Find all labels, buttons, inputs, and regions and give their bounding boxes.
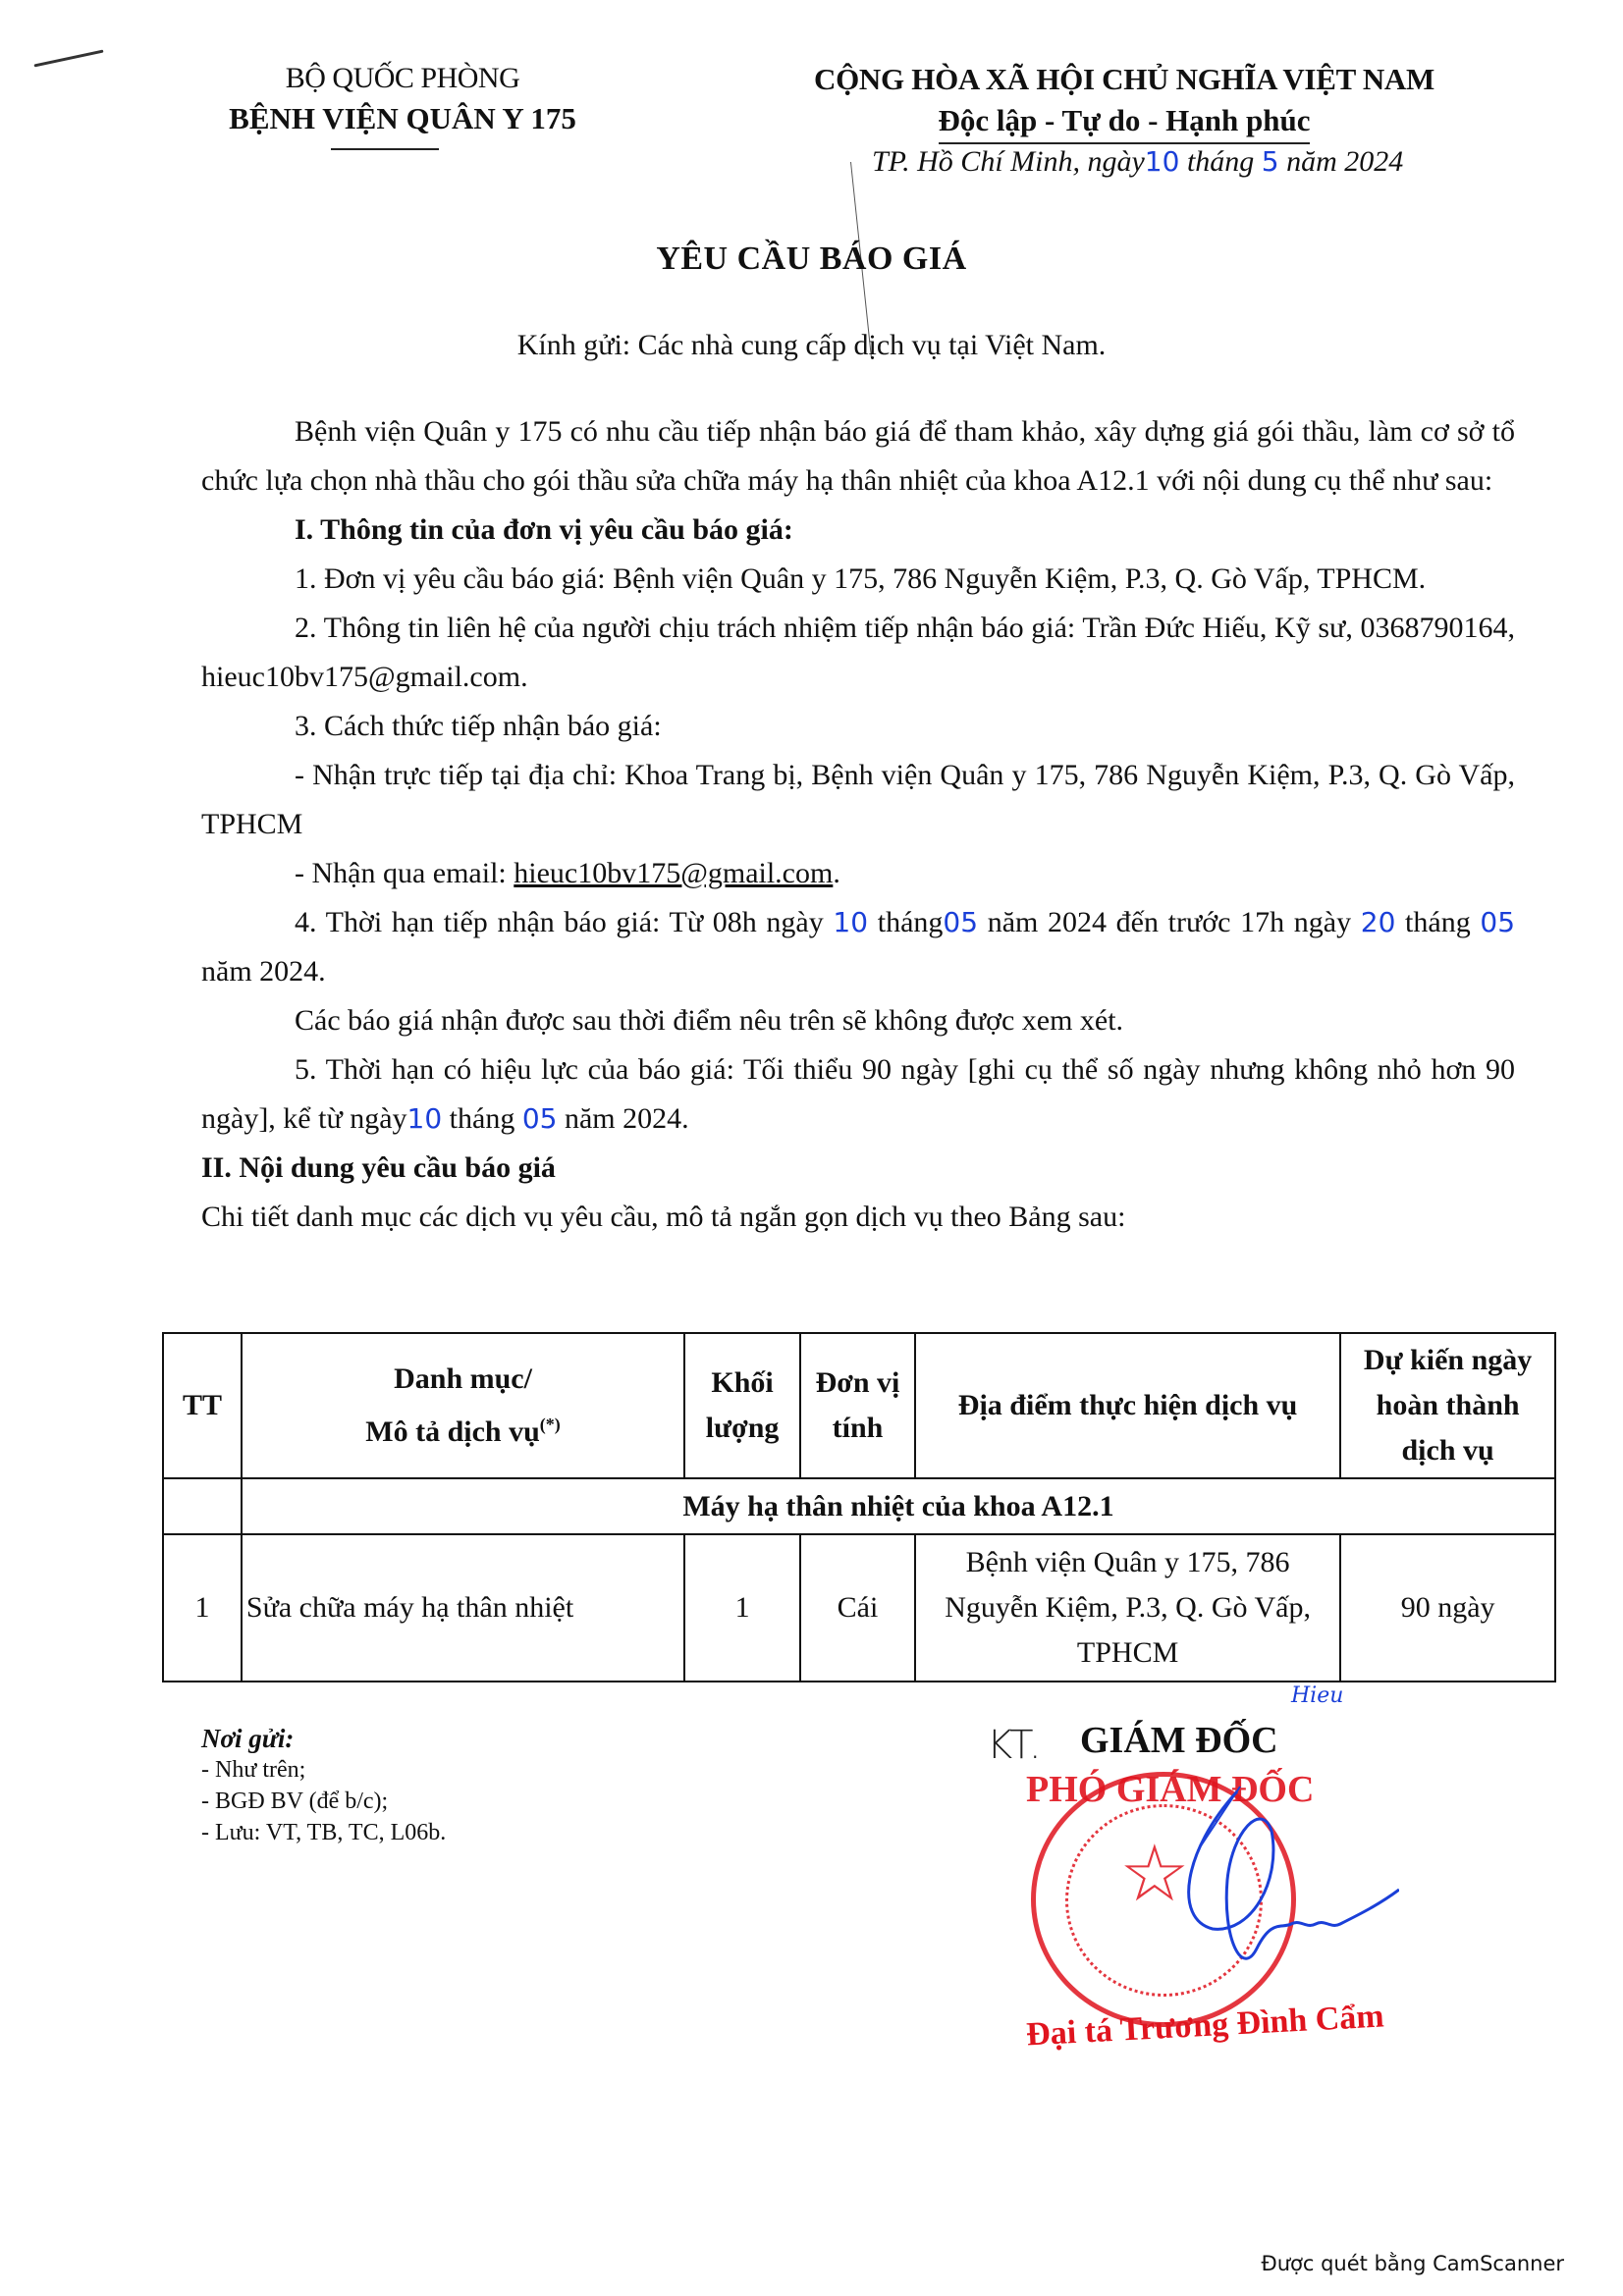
section2-heading: II. Nội dung yêu cầu báo giá [201, 1144, 1515, 1193]
national-header: CỘNG HÒA XÃ HỘI CHỦ NGHĨA VIỆT NAM Độc l… [785, 59, 1463, 144]
col-header-tt: TT [163, 1333, 242, 1478]
document-date: TP. Hồ Chí Minh, ngày10 tháng 5 năm 2024 [872, 145, 1403, 179]
email-suffix: . [833, 857, 840, 889]
date-day-handwritten: 10 [1145, 145, 1180, 178]
col-header-item: Danh mục/Mô tả dịch vụ(*) [242, 1333, 684, 1478]
intro-paragraph: Bệnh viện Quân y 175 có nhu cầu tiếp nhậ… [201, 407, 1515, 506]
item4-month-to-handwritten: 05 [1480, 906, 1515, 938]
email-prefix: - Nhận qua email: [295, 857, 514, 889]
item4-month-from-handwritten: 05 [943, 906, 978, 938]
date-prefix: TP. Hồ Chí Minh, ngày [872, 145, 1145, 178]
nation-name: CỘNG HÒA XÃ HỘI CHỦ NGHĨA VIỆT NAM [785, 59, 1463, 100]
email-link[interactable]: hieuc10bv175@gmail.com [514, 857, 833, 889]
date-year: năm 2024 [1279, 145, 1404, 178]
hospital-underline [331, 148, 439, 150]
item-header-line1: Danh mục/ [394, 1362, 532, 1395]
section1-item4: 4. Thời hạn tiếp nhận báo giá: Từ 08h ng… [201, 898, 1515, 996]
col-header-unit: Đơn vịtính [800, 1333, 915, 1478]
document-body: Bệnh viện Quân y 175 có nhu cầu tiếp nhậ… [201, 407, 1515, 1242]
recipient-item: - Lưu: VT, TB, TC, L06b. [201, 1817, 446, 1848]
item5-text: tháng [442, 1102, 522, 1135]
cell-completion: 90 ngày [1340, 1534, 1555, 1682]
item5-day-handwritten: 10 [407, 1102, 443, 1135]
recipients-block: Nơi gửi: - Như trên; - BGĐ BV (để b/c); … [201, 1723, 446, 1848]
section1-item3-email: - Nhận qua email: hieuc10bv175@gmail.com… [201, 849, 1515, 898]
section1-item2: 2. Thông tin liên hệ của người chịu trác… [201, 604, 1515, 702]
section1-heading: I. Thông tin của đơn vị yêu cầu báo giá: [201, 506, 1515, 555]
pen-mark [33, 50, 103, 68]
recipients-heading: Nơi gửi: [201, 1723, 446, 1754]
hospital-name: BỆNH VIỆN QUÂN Y 175 [147, 98, 658, 139]
qty-header-line2: lượng [706, 1412, 780, 1444]
item4-day-from-handwritten: 10 [833, 906, 868, 938]
group-row-tt [163, 1478, 242, 1534]
table-group-row: Máy hạ thân nhiệt của khoa A12.1 [163, 1478, 1555, 1534]
qty-header-line1: Khối [711, 1366, 773, 1399]
late-quote-note: Các báo giá nhận được sau thời điểm nêu … [201, 996, 1515, 1045]
group-label: Máy hạ thân nhiệt của khoa A12.1 [242, 1478, 1555, 1534]
section1-item3-direct: - Nhận trực tiếp tại địa chỉ: Khoa Trang… [201, 751, 1515, 849]
item5-text: 5. Thời hạn có hiệu lực của báo giá: Tối… [201, 1053, 1515, 1135]
table-row: 1 Sửa chữa máy hạ thân nhiệt 1 Cái Bệnh … [163, 1534, 1555, 1682]
cell-item: Sửa chữa máy hạ thân nhiệt [242, 1534, 684, 1682]
col-header-qty: Khốilượng [684, 1333, 800, 1478]
item5-month-handwritten: 05 [522, 1102, 558, 1135]
item-header-footnote: (*) [540, 1415, 561, 1434]
service-table: TT Danh mục/Mô tả dịch vụ(*) Khốilượng Đ… [162, 1332, 1556, 1682]
handwritten-signature-icon [987, 1683, 1399, 2007]
cell-qty: 1 [684, 1534, 800, 1682]
item4-text: tháng [1395, 906, 1480, 938]
issuer-header: BỘ QUỐC PHÒNG BỆNH VIỆN QUÂN Y 175 [147, 59, 658, 139]
unit-header-line1: Đơn vị [816, 1366, 900, 1399]
date-month-handwritten: 5 [1262, 145, 1279, 178]
completion-header-line3: dịch vụ [1402, 1434, 1494, 1467]
scanner-watermark: Được quét bằng CamScanner [1261, 2252, 1564, 2275]
completion-header-line2: hoàn thành [1377, 1389, 1520, 1421]
cell-unit: Cái [800, 1534, 915, 1682]
recipient-item: - Như trên; [201, 1754, 446, 1786]
item5-text: năm 2024. [557, 1102, 688, 1135]
recipient-item: - BGĐ BV (để b/c); [201, 1786, 446, 1817]
greeting: Kính gửi: Các nhà cung cấp dịch vụ tại V… [0, 329, 1623, 362]
ministry-name: BỘ QUỐC PHÒNG [147, 59, 658, 98]
item4-text: tháng [868, 906, 943, 938]
table-header-row: TT Danh mục/Mô tả dịch vụ(*) Khốilượng Đ… [163, 1333, 1555, 1478]
completion-header-line1: Dự kiến ngày [1364, 1344, 1532, 1376]
section1-item5: 5. Thời hạn có hiệu lực của báo giá: Tối… [201, 1045, 1515, 1144]
section2-description: Chi tiết danh mục các dịch vụ yêu cầu, m… [201, 1193, 1515, 1242]
document-title: YÊU CẦU BÁO GIÁ [0, 240, 1623, 278]
cell-tt: 1 [163, 1534, 242, 1682]
section1-item1: 1. Đơn vị yêu cầu báo giá: Bệnh viện Quâ… [201, 555, 1515, 604]
signature-block: ☆ Hieu KT. GIÁM ĐỐC PHÓ GIÁM ĐỐC Đại tá … [987, 1683, 1399, 2056]
section1-item3-heading: 3. Cách thức tiếp nhận báo giá: [201, 702, 1515, 751]
col-header-completion: Dự kiến ngàyhoàn thànhdịch vụ [1340, 1333, 1555, 1478]
item-header-line2: Mô tả dịch vụ [365, 1415, 540, 1448]
cell-location: Bệnh viện Quân y 175, 786 Nguyễn Kiệm, P… [915, 1534, 1340, 1682]
item4-day-to-handwritten: 20 [1361, 906, 1396, 938]
national-motto: Độc lập - Tự do - Hạnh phúc [939, 100, 1311, 144]
item4-text: 4. Thời hạn tiếp nhận báo giá: Từ 08h ng… [295, 906, 833, 938]
item4-text: năm 2024. [201, 955, 326, 988]
date-month-label: tháng [1179, 145, 1261, 178]
col-header-location: Địa điểm thực hiện dịch vụ [915, 1333, 1340, 1478]
unit-header-line2: tính [833, 1412, 884, 1444]
item4-text: năm 2024 đến trước 17h ngày [978, 906, 1361, 938]
